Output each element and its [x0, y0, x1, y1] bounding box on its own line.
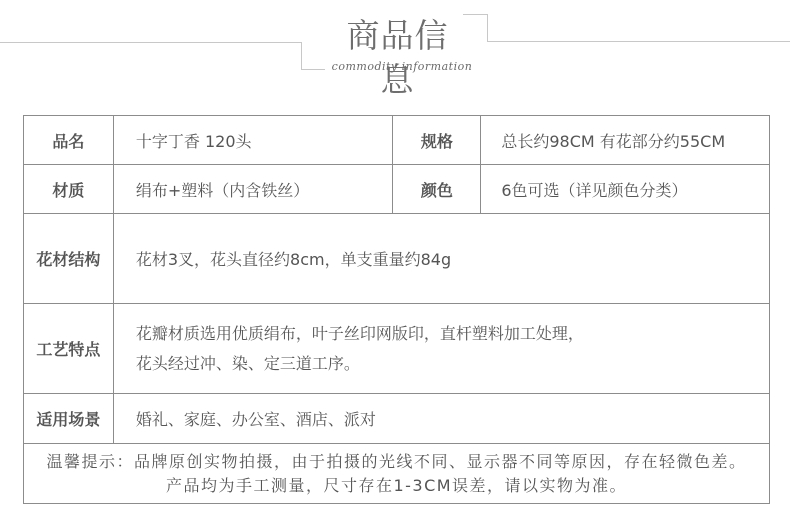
header-left-bracket-vertical: [301, 42, 302, 70]
header-left-bracket-horizontal: [301, 69, 325, 70]
spec-value-size: 总长约98CM 有花部分约55CM: [481, 116, 770, 165]
craft-line-2: 花头经过冲、染、定三道工序。: [136, 349, 769, 379]
table-row: 工艺特点 花瓣材质选用优质绢布，叶子丝印网版印，直杆塑料加工处理， 花头经过冲、…: [24, 304, 770, 394]
header-right-line: [487, 41, 790, 42]
table-row: 适用场景 婚礼、家庭、办公室、酒店、派对: [24, 394, 770, 444]
header-left-line: [0, 42, 302, 43]
spec-value-usage: 婚礼、家庭、办公室、酒店、派对: [113, 394, 769, 444]
notice-cell: 温馨提示：品牌原创实物拍摄，由于拍摄的光线不同、显示器不同等原因，存在轻微色差。…: [24, 444, 770, 504]
notice-line-2: 产品均为手工测量，尺寸存在1-3CM误差，请以实物为准。: [24, 474, 769, 498]
spec-label-craft: 工艺特点: [24, 304, 114, 394]
page-subtitle: commodity information: [327, 60, 477, 73]
header-right-bracket-vertical: [487, 14, 488, 42]
spec-label-name: 品名: [24, 116, 114, 165]
table-row: 材质 绢布+塑料（内含铁丝） 颜色 6色可选（详见颜色分类）: [24, 165, 770, 214]
spec-value-color: 6色可选（详见颜色分类）: [481, 165, 770, 214]
spec-value-name: 十字丁香 120头: [113, 116, 393, 165]
spec-value-craft: 花瓣材质选用优质绢布，叶子丝印网版印，直杆塑料加工处理， 花头经过冲、染、定三道…: [113, 304, 769, 394]
spec-label-color: 颜色: [393, 165, 481, 214]
spec-value-material: 绢布+塑料（内含铁丝）: [113, 165, 393, 214]
notice-line-1: 温馨提示：品牌原创实物拍摄，由于拍摄的光线不同、显示器不同等原因，存在轻微色差。: [24, 450, 769, 474]
table-row: 品名 十字丁香 120头 规格 总长约98CM 有花部分约55CM: [24, 116, 770, 165]
spec-label-size: 规格: [393, 116, 481, 165]
spec-label-usage: 适用场景: [24, 394, 114, 444]
spec-label-material: 材质: [24, 165, 114, 214]
table-row: 温馨提示：品牌原创实物拍摄，由于拍摄的光线不同、显示器不同等原因，存在轻微色差。…: [24, 444, 770, 504]
spec-table: 品名 十字丁香 120头 规格 总长约98CM 有花部分约55CM 材质 绢布+…: [23, 115, 770, 504]
table-row: 花材结构 花材3叉，花头直径约8cm，单支重量约84g: [24, 214, 770, 304]
spec-label-structure: 花材结构: [24, 214, 114, 304]
header-right-bracket-horizontal: [463, 14, 488, 15]
page-title: 商品信息: [330, 14, 465, 102]
craft-line-1: 花瓣材质选用优质绢布，叶子丝印网版印，直杆塑料加工处理，: [136, 319, 769, 349]
spec-value-structure: 花材3叉，花头直径约8cm，单支重量约84g: [113, 214, 769, 304]
